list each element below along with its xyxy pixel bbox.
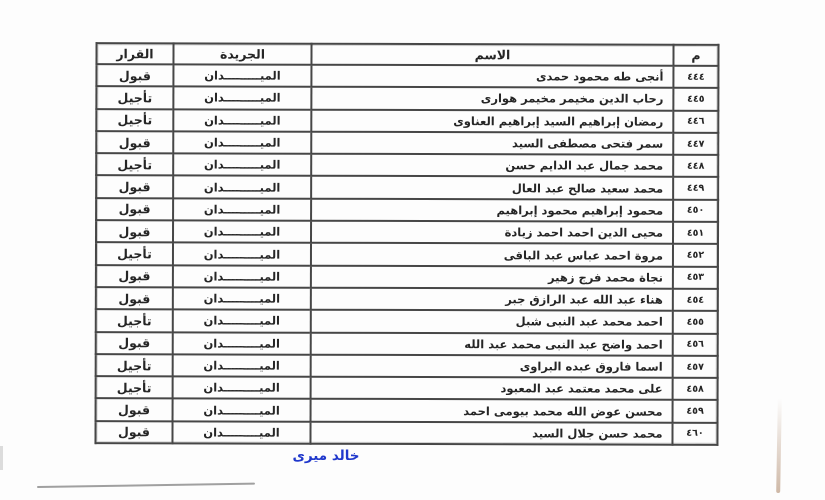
table-row: ٤٥٩ محسن عوض الله محمد بيومى احمد الميــ… xyxy=(96,399,718,423)
signature: خالد ميرى xyxy=(284,448,368,464)
cell-decision: قبول xyxy=(96,220,173,242)
cell-name: أنجى طه محمود حمدى xyxy=(311,65,673,88)
cell-decision: تأجيل xyxy=(96,86,173,108)
cell-number: ٤٥٧ xyxy=(673,356,718,378)
table-row: ٤٥٠ محمود إبراهيم محمود إبراهيم الميــــ… xyxy=(96,198,718,222)
table-header: م الاسم الجريدة القرار xyxy=(96,43,718,66)
cell-name: سمر فتحى مصطفى السيد xyxy=(311,132,673,155)
cell-number: ٤٥٩ xyxy=(673,400,718,422)
table-row: ٤٤٩ محمد سعيد صالح عبد العال الميـــــــ… xyxy=(96,176,718,200)
table-row: ٤٥٣ نجاة محمد فرج زهير الميـــــــــدان … xyxy=(96,265,718,289)
table-row: ٤٥٧ اسما فاروق عبده البراوى الميــــــــ… xyxy=(96,354,718,378)
table-row: ٤٥٦ احمد واضح عبد النبى محمد عبد الله ال… xyxy=(96,332,718,356)
cell-newspaper: الميـــــــــدان xyxy=(173,399,311,422)
table-row: ٤٤٦ رمضان إبراهيم السيد إبراهيم العناوى … xyxy=(96,109,718,133)
table-body: ٤٤٤ أنجى طه محمود حمدى الميـــــــــدان … xyxy=(95,64,718,445)
cell-number: ٤٤٦ xyxy=(673,110,718,132)
cell-number: ٤٤٤ xyxy=(673,66,718,88)
cell-decision: تأجيل xyxy=(96,376,173,398)
cell-newspaper: الميـــــــــدان xyxy=(173,354,311,377)
cell-name: رحاب الدين مخيمر مخيمر هوارى xyxy=(311,87,673,110)
cell-number: ٤٥٠ xyxy=(673,199,718,221)
cell-name: محمد سعيد صالح عبد العال xyxy=(311,176,673,199)
col-header-decision: القرار xyxy=(96,43,173,64)
cell-newspaper: الميـــــــــدان xyxy=(173,310,311,333)
cell-number: ٤٥٥ xyxy=(673,311,718,333)
cell-newspaper: الميـــــــــدان xyxy=(173,265,311,288)
header-row: م الاسم الجريدة القرار xyxy=(96,43,718,66)
cell-number: ٤٤٨ xyxy=(673,155,718,177)
cell-newspaper: الميـــــــــدان xyxy=(173,287,311,310)
decisions-table: م الاسم الجريدة القرار ٤٤٤ أنجى طه محمود… xyxy=(94,42,719,446)
cell-name: رمضان إبراهيم السيد إبراهيم العناوى xyxy=(311,109,673,132)
cell-number: ٤٦٠ xyxy=(672,422,717,444)
cell-name: نجاة محمد فرج زهير xyxy=(311,265,673,288)
cell-newspaper: الميـــــــــدان xyxy=(173,220,311,243)
cell-number: ٤٤٥ xyxy=(673,88,718,110)
cell-name: احمد محمد عبد النبى شبل xyxy=(311,310,673,333)
cell-number: ٤٥٢ xyxy=(673,244,718,266)
cell-name: محيى الدين احمد احمد زيادة xyxy=(311,221,673,244)
cell-number: ٤٤٩ xyxy=(673,177,718,199)
cell-number: ٤٥٤ xyxy=(673,289,718,311)
cell-decision: تأجيل xyxy=(96,243,173,265)
cell-number: ٤٤٧ xyxy=(673,133,718,155)
cell-newspaper: الميـــــــــدان xyxy=(173,109,311,132)
table-row: ٤٥١ محيى الدين احمد احمد زيادة الميـــــ… xyxy=(96,220,718,244)
cell-decision: قبول xyxy=(96,332,173,354)
col-header-number: م xyxy=(673,45,718,66)
cell-decision: قبول xyxy=(96,176,173,198)
cell-name: اسما فاروق عبده البراوى xyxy=(311,355,673,378)
cell-newspaper: الميـــــــــدان xyxy=(173,198,311,221)
cell-name: احمد واضح عبد النبى محمد عبد الله xyxy=(311,332,673,355)
cell-decision: تأجيل xyxy=(96,153,173,175)
cell-decision: تأجيل xyxy=(96,109,173,131)
cell-number: ٤٥١ xyxy=(673,222,718,244)
cell-newspaper: الميـــــــــدان xyxy=(173,64,311,87)
cell-decision: قبول xyxy=(96,265,173,287)
cell-name: محمد حسن جلال السيد xyxy=(310,421,672,444)
cell-name: على محمد معتمد عبد المعبود xyxy=(311,377,673,400)
cell-newspaper: الميـــــــــدان xyxy=(173,332,311,355)
cell-name: محسن عوض الله محمد بيومى احمد xyxy=(311,399,673,422)
table-row: ٤٥٥ احمد محمد عبد النبى شبل الميــــــــ… xyxy=(96,309,718,333)
scan-streak-artifact xyxy=(776,398,782,493)
col-header-newspaper: الجريدة xyxy=(173,43,311,64)
cell-decision: تأجيل xyxy=(96,309,173,331)
cell-newspaper: الميـــــــــدان xyxy=(173,243,311,266)
pen-line-artifact xyxy=(37,483,255,488)
edge-smudge-artifact xyxy=(0,446,3,470)
cell-newspaper: الميـــــــــدان xyxy=(173,87,311,110)
table-row: ٤٥٨ على محمد معتمد عبد المعبود الميـــــ… xyxy=(96,376,718,400)
cell-newspaper: الميـــــــــدان xyxy=(173,377,311,400)
cell-decision: قبول xyxy=(96,131,173,153)
table-row: ٤٤٥ رحاب الدين مخيمر مخيمر هوارى الميـــ… xyxy=(96,86,718,110)
table-row: ٤٤٤ أنجى طه محمود حمدى الميـــــــــدان … xyxy=(96,64,718,88)
cell-newspaper: الميـــــــــدان xyxy=(173,154,311,177)
table-row: ٤٤٧ سمر فتحى مصطفى السيد الميـــــــــدا… xyxy=(96,131,718,155)
cell-name: هناء عبد الله عبد الرازق جبر xyxy=(311,288,673,311)
cell-decision: قبول xyxy=(95,421,172,443)
cell-decision: تأجيل xyxy=(96,354,173,376)
cell-newspaper: الميـــــــــدان xyxy=(173,131,311,154)
cell-name: مروة احمد عباس عبد الباقى xyxy=(311,243,673,266)
cell-decision: قبول xyxy=(96,198,173,220)
table-row: ٤٦٠ محمد حسن جلال السيد الميـــــــــدان… xyxy=(95,421,717,445)
cell-newspaper: الميـــــــــدان xyxy=(173,176,311,199)
cell-name: محمود إبراهيم محمود إبراهيم xyxy=(311,199,673,222)
cell-number: ٤٥٣ xyxy=(673,266,718,288)
cell-number: ٤٥٨ xyxy=(673,378,718,400)
cell-number: ٤٥٦ xyxy=(673,333,718,355)
cell-decision: قبول xyxy=(96,287,173,309)
cell-name: محمد جمال عبد الدايم حسن xyxy=(311,154,673,177)
table-row: ٤٥٢ مروة احمد عباس عبد الباقى الميــــــ… xyxy=(96,243,718,267)
cell-newspaper: الميـــــــــدان xyxy=(172,421,310,444)
scanned-document-page: م الاسم الجريدة القرار ٤٤٤ أنجى طه محمود… xyxy=(0,0,825,500)
cell-decision: قبول xyxy=(96,399,173,421)
table-row: ٤٤٨ محمد جمال عبد الدايم حسن الميـــــــ… xyxy=(96,153,718,177)
table-row: ٤٥٤ هناء عبد الله عبد الرازق جبر الميـــ… xyxy=(96,287,718,311)
cell-decision: قبول xyxy=(96,64,173,86)
col-header-name: الاسم xyxy=(311,44,673,66)
